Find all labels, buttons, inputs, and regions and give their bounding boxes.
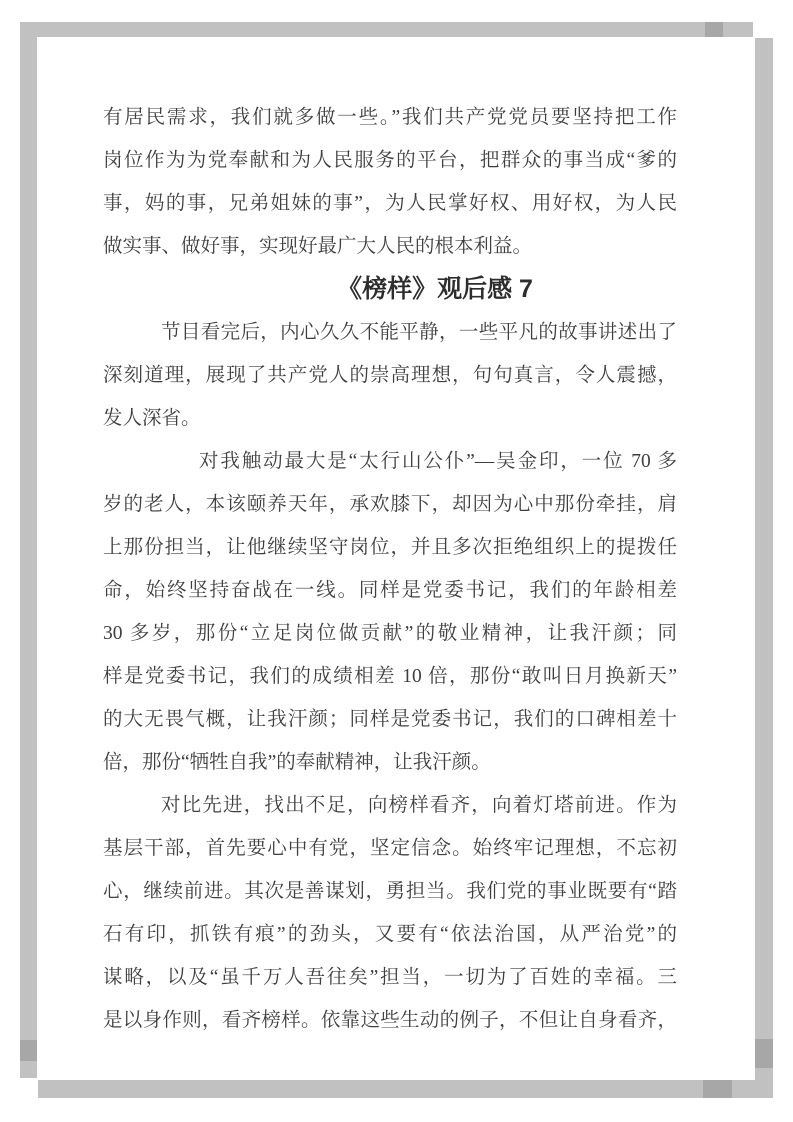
text-line: 对比先进，找出不足，向榜样看齐，向着灯塔前进。作为: [103, 784, 677, 827]
text-line: 上那份担当，让他继续坚守岗位，并且多次拒绝组织上的提拨任: [103, 526, 677, 569]
text-line: 是以身作则，看齐榜样。依靠这些生动的例子，不但让自身看齐，: [103, 999, 677, 1042]
text-line: 样是党委书记，我们的成绩相差 10 倍，那份“敢叫日月换新天”: [103, 655, 677, 698]
text-line: 谋略，以及“虽千万人吾往矣”担当，一切为了百姓的幸福。三: [103, 956, 677, 999]
page-border-right: [755, 38, 773, 1098]
page-border-top: [20, 22, 753, 37]
paragraph-1: 有居民需求，我们就多做一些。”我们共产党党员要坚持把工作 岗位作为为党奉献和为人…: [103, 96, 677, 268]
text-line: 事，妈的事，兄弟姐妹的事”，为人民掌好权、用好权，为人民: [103, 182, 677, 225]
text-line: 发人深省。: [103, 397, 677, 440]
paragraph-4: 对比先进，找出不足，向榜样看齐，向着灯塔前进。作为 基层干部，首先要心中有党，坚…: [103, 784, 677, 1042]
text-line: 心，继续前进。其次是善谋划，勇担当。我们党的事业既要有“踏: [103, 870, 677, 913]
text-line: 对我触动最大是“太行山公仆”—吴金印，一位 70 多: [103, 440, 677, 483]
text-line: 深刻道理，展现了共产党人的崇高理想，句句真言，令人震撼，: [103, 354, 677, 397]
document-body: 有居民需求，我们就多做一些。”我们共产党党员要坚持把工作 岗位作为为党奉献和为人…: [103, 96, 677, 1042]
text-line: 做实事、做好事，实现好最广大人民的根本利益。: [103, 225, 677, 268]
scanned-document-screenshot: { "page": { "background": "#ffffff", "bo…: [0, 0, 793, 1122]
border-smudge-left: [20, 1040, 37, 1061]
border-smudge-bottom: [703, 1080, 732, 1098]
text-line: 的大无畏气概，让我汗颜；同样是党委书记，我们的口碑相差十: [103, 698, 677, 741]
paragraph-2: 节目看完后，内心久久不能平静，一些平凡的故事讲述出了 深刻道理，展现了共产党人的…: [103, 311, 677, 440]
text-line: 命，始终坚持奋战在一线。同样是党委书记，我们的年龄相差: [103, 569, 677, 612]
page-border-bottom: [38, 1080, 773, 1098]
border-smudge-top: [705, 22, 723, 37]
text-line: 有居民需求，我们就多做一些。”我们共产党党员要坚持把工作: [103, 96, 677, 139]
section-title: 《榜样》观后感 7: [193, 268, 677, 311]
text-line: 30 多岁，那份“立足岗位做贡献”的敬业精神，让我汗颜；同: [103, 612, 677, 655]
border-smudge-right: [755, 1039, 773, 1068]
text-line: 基层干部，首先要心中有党，坚定信念。始终牢记理想，不忘初: [103, 827, 677, 870]
text-line: 石有印，抓铁有痕”的劲头，又要有“依法治国，从严治党”的: [103, 913, 677, 956]
paragraph-3: 对我触动最大是“太行山公仆”—吴金印，一位 70 多 岁的老人，本该颐养天年，承…: [103, 440, 677, 784]
text-line: 岗位作为为党奉献和为人民服务的平台，把群众的事当成“爹的: [103, 139, 677, 182]
page-border-left: [20, 22, 37, 1078]
text-line: 倍，那份“牺牲自我”的奉献精神，让我汗颜。: [103, 741, 677, 784]
text-line: 岁的老人，本该颐养天年，承欢膝下，却因为心中那份牵挂，肩: [103, 483, 677, 526]
text-line: 节目看完后，内心久久不能平静，一些平凡的故事讲述出了: [103, 311, 677, 354]
